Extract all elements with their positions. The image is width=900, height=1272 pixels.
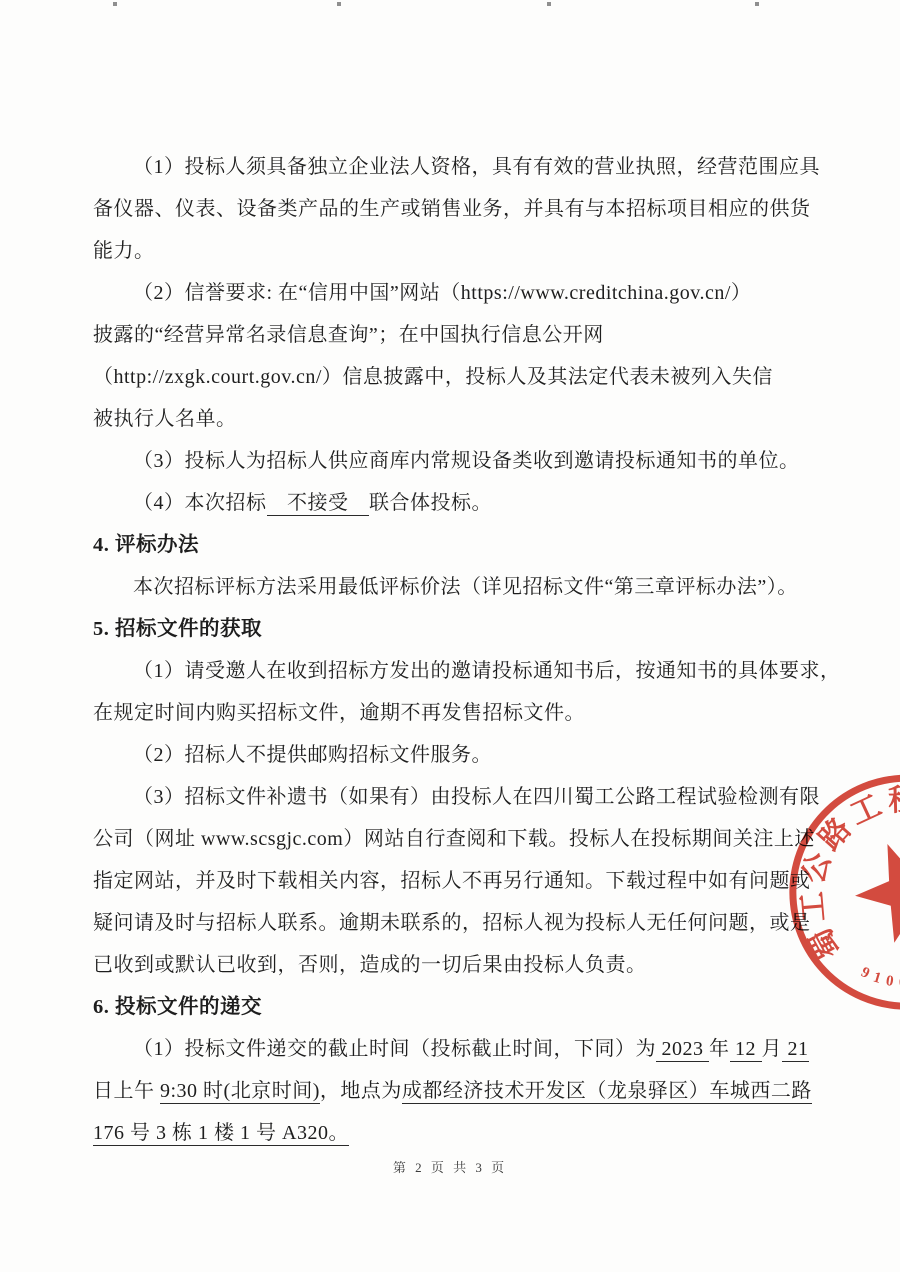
text-segment: （4）本次招标 [133, 492, 267, 514]
text-line: 被执行人名单。 [93, 398, 821, 440]
text-segment: 在规定时间内购买招标文件，逾期不再发售招标文件。 [93, 702, 585, 724]
text-segment: 已收到或默认已收到，否则，造成的一切后果由投标人负责。 [93, 954, 647, 976]
section-heading: 4. 评标办法 [93, 524, 821, 566]
underlined-text: 2023 [656, 1038, 709, 1062]
text-line: 疑问请及时与招标人联系。逾期未联系的，招标人视为投标人无任何问题，或是 [93, 902, 821, 944]
scan-artifact-dot [755, 2, 759, 6]
text-segment: 5. 招标文件的获取 [93, 618, 262, 640]
text-segment: 月 [762, 1038, 783, 1060]
text-segment: 本次招标评标方法采用最低评标价法（详见招标文件“第三章评标办法”）。 [133, 576, 798, 598]
text-line: 176 号 3 栋 1 楼 1 号 A320。 [93, 1112, 821, 1154]
underlined-text: 176 号 3 栋 1 楼 1 号 A320。 [93, 1122, 349, 1146]
text-segment: （3）招标文件补遗书（如果有）由投标人在四川蜀工公路工程试验检测有限 [133, 786, 820, 808]
text-segment: 疑问请及时与招标人联系。逾期未联系的，招标人视为投标人无任何问题，或是 [93, 912, 811, 934]
text-line: （1）请受邀人在收到招标方发出的邀请投标通知书后，按通知书的具体要求， [93, 650, 821, 692]
text-segment: 能力。 [93, 240, 155, 262]
text-line: 公司（网址 www.scsgjc.com）网站自行查阅和下载。投标人在投标期间关… [93, 818, 821, 860]
section-heading: 6. 投标文件的递交 [93, 986, 821, 1028]
text-segment: 年 [709, 1038, 730, 1060]
text-line: 能力。 [93, 230, 821, 272]
text-segment: 联合体投标。 [369, 492, 492, 514]
underlined-text: 9:30 时(北京时间) [160, 1080, 320, 1104]
text-line: （2）招标人不提供邮购招标文件服务。 [93, 734, 821, 776]
underlined-text: 12 [730, 1038, 762, 1062]
text-segment: 指定网站，并及时下载相关内容，招标人不再另行通知。下载过程中如有问题或 [93, 870, 811, 892]
underlined-text: 21 [782, 1038, 809, 1062]
scan-artifact-dot [113, 2, 117, 6]
text-line: （3）投标人为招标人供应商库内常规设备类收到邀请投标通知书的单位。 [93, 440, 821, 482]
text-segment: （1）请受邀人在收到招标方发出的邀请投标通知书后，按通知书的具体要求， [133, 660, 841, 682]
text-segment: 备仪器、仪表、设备类产品的生产或销售业务，并具有与本招标项目相应的供货 [93, 198, 811, 220]
scan-artifact-dot [547, 2, 551, 6]
text-line: 指定网站，并及时下载相关内容，招标人不再另行通知。下载过程中如有问题或 [93, 860, 821, 902]
page-number: 第 2 页 共 3 页 [0, 1157, 900, 1176]
text-segment: 披露的“经营异常名录信息查询”；在中国执行信息公开网 [93, 324, 604, 346]
text-segment: （2）信誉要求: 在“信用中国”网站（https://www.creditchi… [133, 282, 751, 304]
text-segment: 4. 评标办法 [93, 534, 199, 556]
text-segment: 日上午 [93, 1080, 160, 1102]
seal-number: 9100830298 [854, 921, 900, 1013]
text-line: （4）本次招标 不接受 联合体投标。 [93, 482, 821, 524]
text-line: 在规定时间内购买招标文件，逾期不再发售招标文件。 [93, 692, 821, 734]
text-line: 披露的“经营异常名录信息查询”；在中国执行信息公开网 [93, 314, 821, 356]
section-heading: 5. 招标文件的获取 [93, 608, 821, 650]
underlined-text: 成都经济技术开发区（龙泉驿区）车城西二路 [402, 1080, 812, 1104]
text-segment: 公司（网址 www.scsgjc.com）网站自行查阅和下载。投标人在投标期间关… [93, 828, 815, 850]
text-line: （http://zxgk.court.gov.cn/）信息披露中，投标人及其法定… [93, 356, 821, 398]
text-segment: 6. 投标文件的递交 [93, 996, 262, 1018]
text-line: 日上午 9:30 时(北京时间)，地点为成都经济技术开发区（龙泉驿区）车城西二路 [93, 1070, 821, 1112]
seal-star-icon [842, 825, 900, 949]
document-page: （1）投标人须具备独立企业法人资格，具有有效的营业执照，经营范围应具备仪器、仪表… [0, 0, 900, 1272]
text-line: （1）投标人须具备独立企业法人资格，具有有效的营业执照，经营范围应具 [93, 146, 821, 188]
text-line: 已收到或默认已收到，否则，造成的一切后果由投标人负责。 [93, 944, 821, 986]
scan-artifact-dot [337, 2, 341, 6]
text-segment: （1）投标人须具备独立企业法人资格，具有有效的营业执照，经营范围应具 [133, 156, 820, 178]
text-line: 备仪器、仪表、设备类产品的生产或销售业务，并具有与本招标项目相应的供货 [93, 188, 821, 230]
text-line: （1）投标文件递交的截止时间（投标截止时间，下同）为 2023 年 12 月 2… [93, 1028, 821, 1070]
text-segment: （3）投标人为招标人供应商库内常规设备类收到邀请投标通知书的单位。 [133, 450, 800, 472]
text-line: （2）信誉要求: 在“信用中国”网站（https://www.creditchi… [93, 272, 821, 314]
text-line: （3）招标文件补遗书（如果有）由投标人在四川蜀工公路工程试验检测有限 [93, 776, 821, 818]
text-segment: 被执行人名单。 [93, 408, 237, 430]
text-segment: （2）招标人不提供邮购招标文件服务。 [133, 744, 492, 766]
document-body: （1）投标人须具备独立企业法人资格，具有有效的营业执照，经营范围应具备仪器、仪表… [93, 146, 821, 1154]
text-segment: （1）投标文件递交的截止时间（投标截止时间，下同）为 [133, 1038, 656, 1060]
text-segment: ，地点为 [320, 1080, 402, 1102]
text-line: 本次招标评标方法采用最低评标价法（详见招标文件“第三章评标办法”）。 [93, 566, 821, 608]
text-segment: （http://zxgk.court.gov.cn/）信息披露中，投标人及其法定… [93, 366, 773, 388]
underlined-text: 不接受 [267, 492, 370, 516]
